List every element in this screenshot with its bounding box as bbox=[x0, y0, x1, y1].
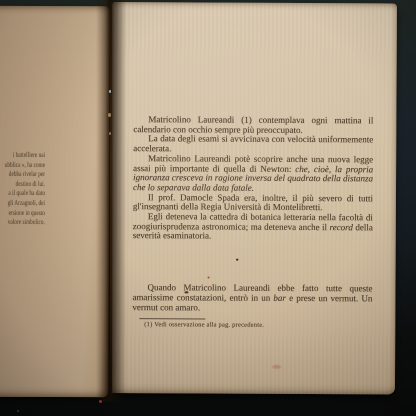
paragraph: Il prof. Damocle Spada era, inoltre, il … bbox=[133, 193, 373, 214]
paragraph: Quando Matricolino Laureandi ebbe fatto … bbox=[132, 283, 372, 313]
left-page-line: i battelliere nai bbox=[0, 150, 45, 160]
paragraph: La data degli esami si avvicinava con ve… bbox=[133, 135, 373, 156]
paragraph: Matricolino Laureandi (1) contemplava og… bbox=[133, 115, 373, 136]
text-run: Matricolino Laureandi (1) contemplava og… bbox=[133, 114, 373, 135]
right-page: Matricolino Laureandi (1) contemplava og… bbox=[110, 2, 397, 394]
spine-speck bbox=[108, 113, 111, 117]
left-page-line: debba rivelar per bbox=[0, 170, 45, 180]
page-text-block: Matricolino Laureandi (1) contemplava og… bbox=[132, 115, 373, 331]
text-run: La data degli esami si avvicinava con ve… bbox=[133, 134, 373, 154]
spine-speck bbox=[109, 90, 111, 93]
open-book-photo: i battelliere nai ubblica », ha come deb… bbox=[0, 0, 416, 416]
text-run-italic: bar bbox=[273, 293, 286, 303]
section-divider: • bbox=[133, 241, 373, 284]
footnote-text: (1) Vedi osservazione alla pag. preceden… bbox=[132, 321, 372, 330]
spine-speck bbox=[109, 132, 111, 135]
section-divider-dot: • bbox=[236, 256, 239, 265]
book-spine-crack bbox=[110, 2, 112, 398]
left-page-line: a il quale ha dato bbox=[0, 189, 45, 199]
left-page-line: valore simbolico. bbox=[0, 218, 45, 228]
left-page-line: ersione in questo bbox=[0, 208, 45, 218]
left-page-text-fragments: i battelliere nai ubblica », ha come deb… bbox=[0, 150, 45, 227]
left-page: i battelliere nai ubblica », ha come deb… bbox=[0, 6, 110, 397]
foxing-speck bbox=[208, 277, 210, 279]
text-run: Il prof. Damocle Spada era, inoltre, il … bbox=[133, 192, 373, 213]
paragraph: Matricolino Laureandi potè scoprire anch… bbox=[133, 154, 373, 194]
left-page-line: destino di lui. bbox=[0, 179, 45, 189]
ink-speck bbox=[184, 291, 188, 293]
left-page-line: gli Arzagnoli, dei bbox=[0, 198, 45, 208]
footnote-rule bbox=[139, 318, 205, 319]
dust-speck bbox=[17, 410, 19, 412]
paragraph: Egli deteneva la cattedra di botanica le… bbox=[133, 212, 373, 242]
text-run-italic: record bbox=[330, 222, 353, 232]
foxing-smudge bbox=[272, 365, 281, 369]
left-page-line: ubblica », ha come bbox=[0, 160, 45, 170]
dust-speck bbox=[99, 400, 102, 403]
